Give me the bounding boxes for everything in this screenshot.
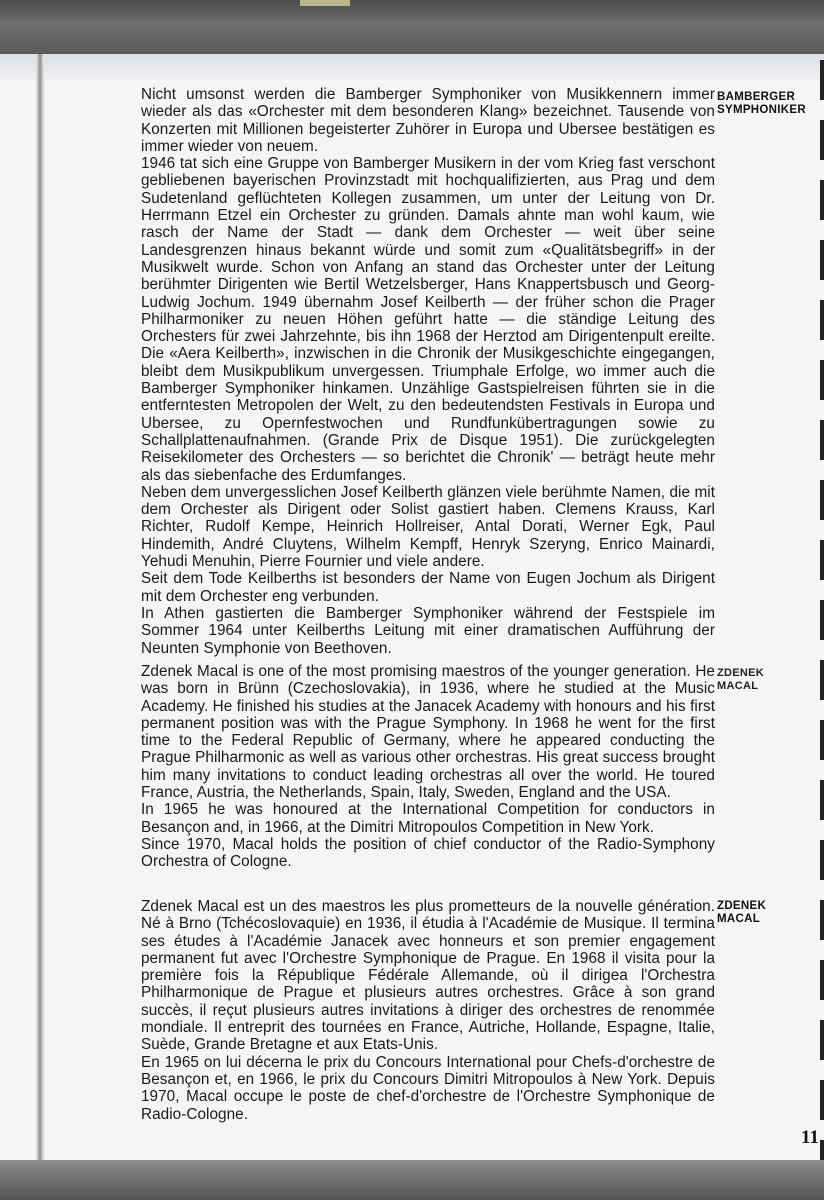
paragraph: Neben dem unvergesslichen Josef Keilbert… <box>141 484 715 570</box>
page-right-edge <box>820 60 824 1160</box>
paragraph: In 1965 he was honoured at the Internati… <box>141 801 715 836</box>
side-label-line: MACAL <box>717 680 764 693</box>
page-number: 11 <box>801 1127 819 1149</box>
side-label-line: ZDENEK <box>717 900 766 913</box>
section-french-text: Zdenek Macal est un des maestros les plu… <box>141 898 715 1123</box>
side-label-line: ZDENEK <box>717 667 764 680</box>
paragraph: Since 1970, Macal holds the position of … <box>141 836 715 871</box>
paragraph: 1946 tat sich eine Gruppe von Bamberger … <box>141 155 715 484</box>
paragraph: Zdenek Macal is one of the most promisin… <box>141 663 715 801</box>
scan-bottom-border <box>0 1160 824 1200</box>
paragraph: Seit dem Tode Keilberths ist besonders d… <box>141 570 715 605</box>
scan-top-border <box>0 0 824 54</box>
side-label-line: MACAL <box>717 913 766 926</box>
paragraph: En 1965 on lui décerna le prix du Concou… <box>141 1054 715 1123</box>
section-german-text: Nicht umsonst werden die Bamberger Symph… <box>141 86 715 657</box>
paragraph: Nicht umsonst werden die Bamberger Symph… <box>141 86 715 155</box>
side-label-line: SYMPHONIKER <box>717 104 806 117</box>
side-label-line: BAMBERGER <box>717 91 806 104</box>
section-label-zdenek-macal-fr: ZDENEK MACAL <box>717 900 766 925</box>
bleed-through-strip <box>0 54 824 80</box>
section-label-bamberger-symphoniker: BAMBERGER SYMPHONIKER <box>717 91 806 116</box>
section-english-text: Zdenek Macal is one of the most promisin… <box>141 663 715 871</box>
page-fold-shadow <box>36 54 45 1169</box>
section-label-zdenek-macal-en: ZDENEK MACAL <box>717 667 764 692</box>
paragraph: Zdenek Macal est un des maestros les plu… <box>141 898 715 1054</box>
paragraph: In Athen gastierten die Bamberger Sympho… <box>141 605 715 657</box>
